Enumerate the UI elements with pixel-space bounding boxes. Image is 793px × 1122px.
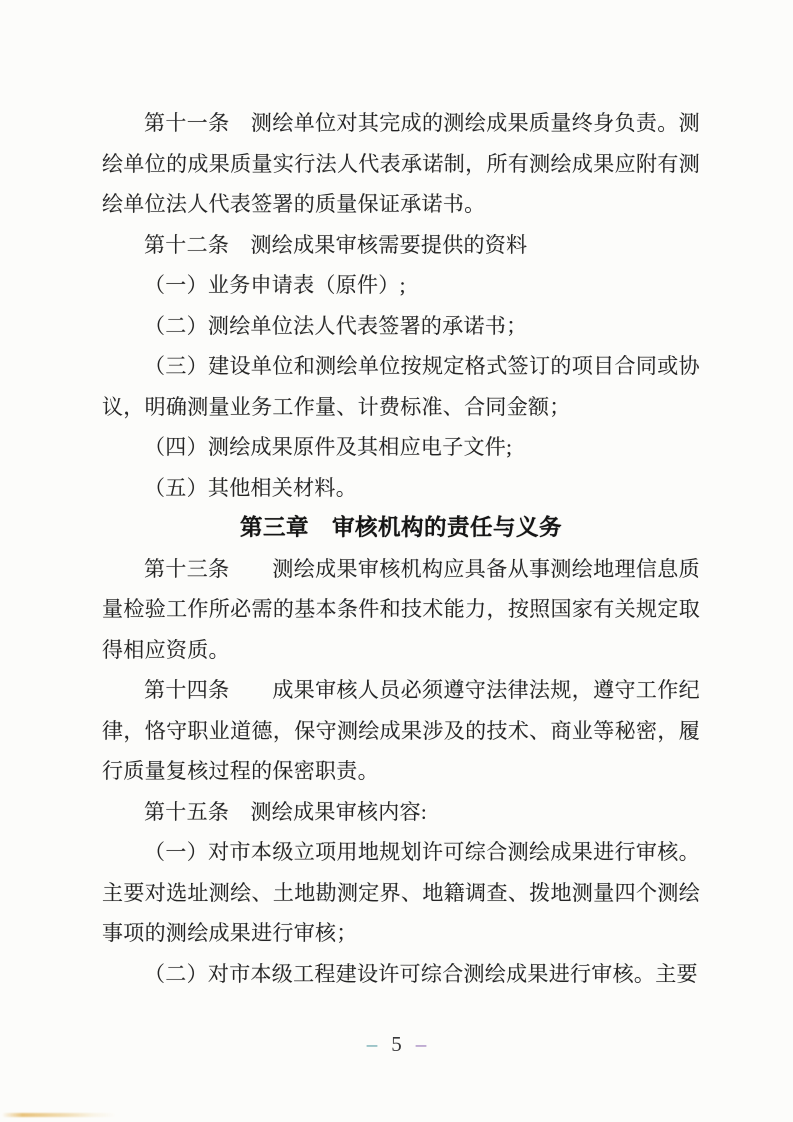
paragraph: （三）建设单位和测绘单位按规定格式签订的项目合同或协议，明确测量业务工作量、计费… bbox=[102, 346, 700, 427]
paragraph: （五）其他相关材料。 bbox=[102, 468, 700, 509]
paragraph: 第十五条 测绘成果审核内容: bbox=[102, 792, 700, 833]
scan-streak-artifact bbox=[2, 1113, 116, 1117]
paragraph: （二）测绘单位法人代表签署的承诺书； bbox=[102, 306, 700, 347]
page-number-dash-left: – bbox=[367, 1032, 378, 1056]
page-number: –5– bbox=[0, 1031, 793, 1057]
paragraph: 第十三条 测绘成果审核机构应具备从事测绘地理信息质量检验工作所必需的基本条件和技… bbox=[102, 549, 700, 671]
paragraph: （一）对市本级立项用地规划许可综合测绘成果进行审核。主要对选址测绘、土地勘测定界… bbox=[102, 832, 700, 954]
document-body: 第十一条 测绘单位对其完成的测绘成果质量终身负责。测绘单位的成果质量实行法人代表… bbox=[102, 103, 700, 994]
paragraph: 第十一条 测绘单位对其完成的测绘成果质量终身负责。测绘单位的成果质量实行法人代表… bbox=[102, 103, 700, 225]
page-number-dash-right: – bbox=[416, 1032, 427, 1056]
paragraph: 第十四条 成果审核人员必须遵守法律法规，遵守工作纪律，恪守职业道德，保守测绘成果… bbox=[102, 670, 700, 792]
paragraph: （一）业务申请表（原件）; bbox=[102, 265, 700, 306]
paragraph: （四）测绘成果原件及其相应电子文件; bbox=[102, 427, 700, 468]
paragraph: 第十二条 测绘成果审核需要提供的资料 bbox=[102, 225, 700, 266]
chapter-heading: 第三章 审核机构的责任与义务 bbox=[102, 508, 700, 549]
page-number-value: 5 bbox=[391, 1032, 402, 1056]
paragraph: （二）对市本级工程建设许可综合测绘成果进行审核。主要 bbox=[102, 954, 700, 995]
